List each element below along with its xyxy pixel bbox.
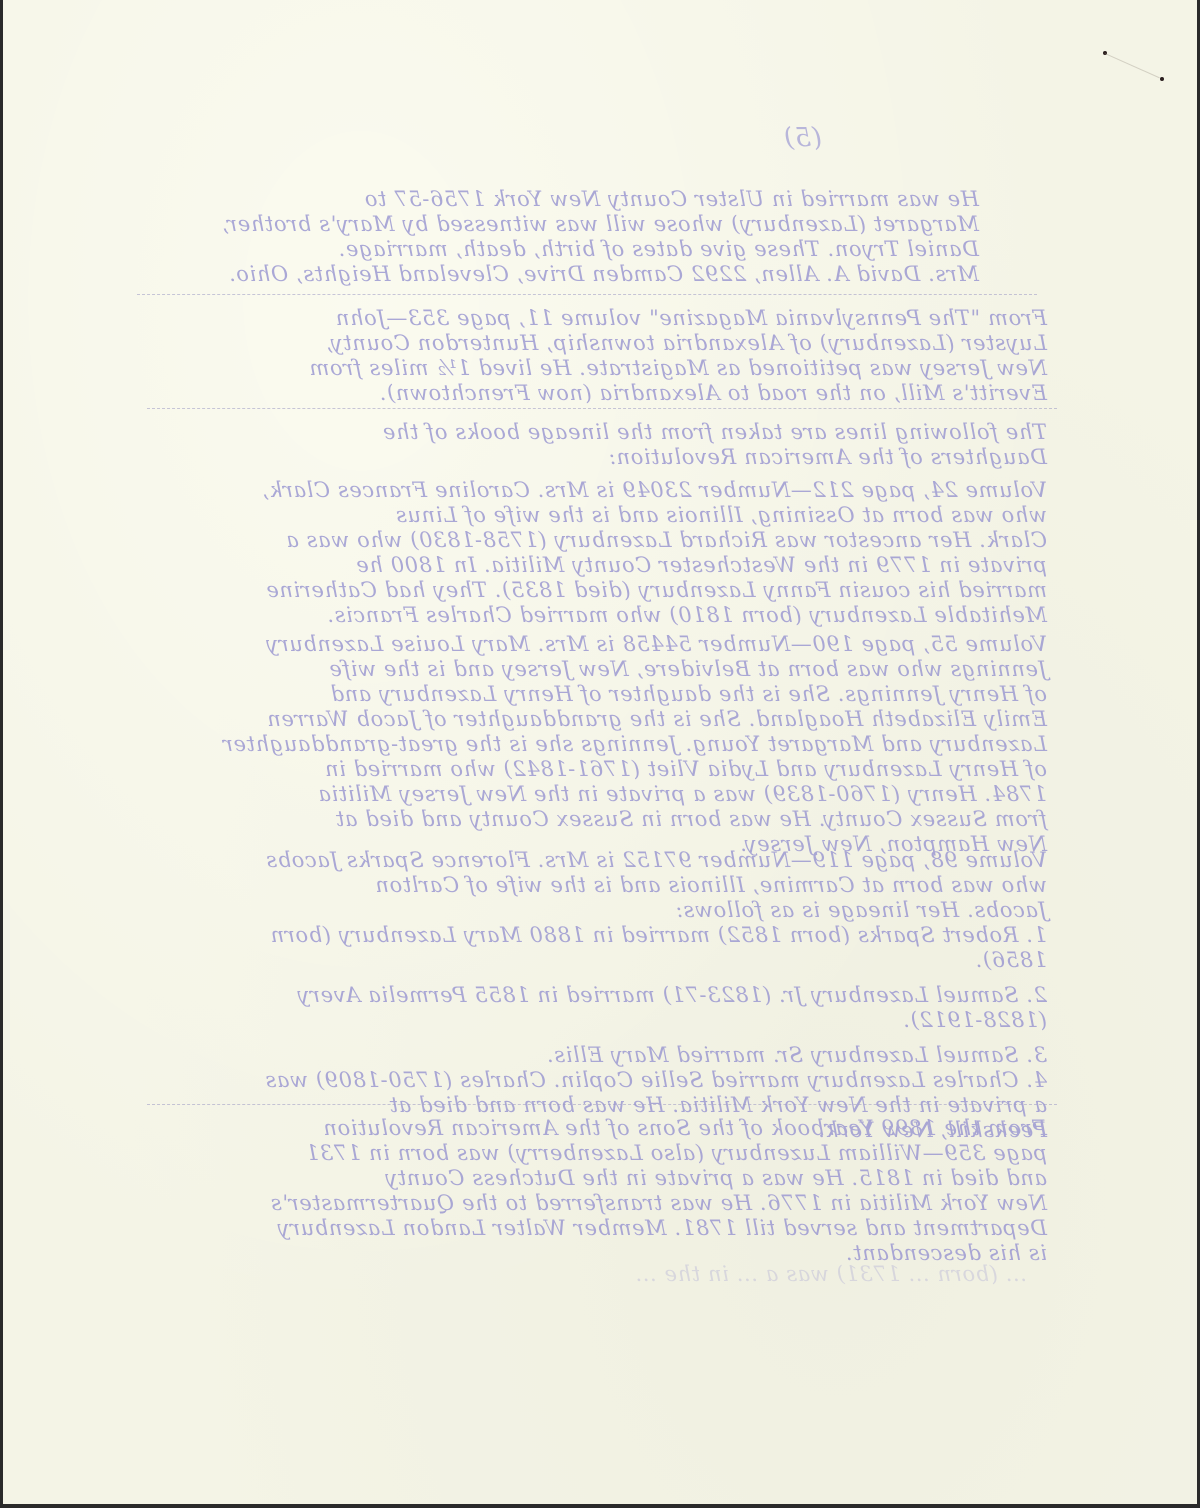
text-line: From "The Pennsylvania Magazine" volume … (107, 306, 1047, 331)
text-line: a private in the New York Militia. He wa… (107, 1093, 1047, 1118)
document-page: (5) He was married in Ulster County New … (3, 0, 1197, 1504)
text-line: The following lines are taken from the l… (107, 420, 1047, 445)
page-number: (5) (783, 126, 822, 151)
text-line: New York Militia in 1776. He was transfe… (107, 1191, 1047, 1216)
text-line: 3. Samuel Lazenbury Sr. married Mary Ell… (107, 1043, 1047, 1068)
text-line: Lazenbury and Margaret Young. Jennings s… (107, 732, 1047, 757)
text-line: from Sussex County. He was born in Susse… (107, 807, 1047, 832)
text-line: Volume 98, page 119—Number 97152 is Mrs.… (107, 848, 1047, 873)
text-line: Jacobs. Her lineage is as follows: (107, 898, 1047, 923)
text-line: 4. Charles Lazenbury married Sellie Copl… (107, 1068, 1047, 1093)
text-line: Margaret (Lazenbury) whose will was witn… (39, 212, 979, 237)
text-line: Department and served till 1781. Member … (107, 1216, 1047, 1241)
mirrored-bleed-through-text: (5) He was married in Ulster County New … (3, 0, 1197, 1504)
text-line: Luyster (Lazenbury) of Alexandria townsh… (107, 331, 1047, 356)
section-faint-trailing: ... (born ... 1731) was a ... in the ... (87, 1262, 1027, 1287)
text-line: ... (born ... 1731) was a ... in the ... (87, 1262, 1027, 1287)
text-line: (1828-1912). (107, 1008, 1047, 1033)
text-line: 1. Robert Sparks (born 1852) married in … (107, 923, 1047, 948)
text-line: He was married in Ulster County New York… (39, 187, 979, 212)
text-line: 2. Samuel Lazenbury Jr. (1823-71) marrie… (107, 983, 1047, 1008)
text-line: Emily Elizabeth Hoagland. She is the gra… (107, 707, 1047, 732)
section-intro-note: He was married in Ulster County New York… (39, 187, 979, 287)
text-line: From the 1899 Yearbook of the Sons of th… (107, 1116, 1047, 1141)
text-line: and died in 1815. He was a private in th… (107, 1166, 1047, 1191)
section-volume-24: Volume 24, page 212—Number 23049 is Mrs.… (107, 478, 1047, 628)
text-line: Everitt's Mill, on the road to Alexandri… (107, 381, 1047, 406)
text-line: 1784. Henry (1760-1839) was a private in… (107, 782, 1047, 807)
text-line: private in 1779 in the Westchester Count… (107, 553, 1047, 578)
text-line: Volume 55, page 190—Number 54458 is Mrs.… (107, 632, 1047, 657)
text-line: who was born at Carmine, Illinois and is… (107, 873, 1047, 898)
text-line: Jennings who was born at Belvidere, New … (107, 657, 1047, 682)
section-sar-yearbook: From the 1899 Yearbook of the Sons of th… (107, 1116, 1047, 1266)
text-line: Daniel Tryon. These give dates of birth,… (39, 237, 979, 262)
section-volume-98: Volume 98, page 119—Number 97152 is Mrs.… (107, 848, 1047, 1143)
section-divider (137, 294, 1037, 295)
text-line: of Henry Lazenbury and Lydia Vliet (1761… (107, 757, 1047, 782)
text-line: Volume 24, page 212—Number 23049 is Mrs.… (107, 478, 1047, 503)
text-line: Daughters of the American Revolution: (107, 445, 1047, 470)
text-line: of Henry Jennings. She is the daughter o… (107, 682, 1047, 707)
text-line: Mrs. David A. Allen, 2292 Camden Drive, … (39, 262, 979, 287)
text-line: page 359—William Luzenbury (also Lazenbe… (107, 1141, 1047, 1166)
section-divider (147, 408, 1057, 409)
text-line: Mehitable Lazenbury (born 1810) who marr… (107, 603, 1047, 628)
text-line: New Jersey was petitioned as Magistrate.… (107, 356, 1047, 381)
text-line: who was born at Ossining, Illinois and i… (107, 503, 1047, 528)
text-line: 1856). (107, 948, 1047, 973)
section-dar-intro: The following lines are taken from the l… (107, 420, 1047, 470)
section-pennsylvania-magazine: From "The Pennsylvania Magazine" volume … (107, 306, 1047, 406)
text-line: married his cousin Fanny Lazenbury (died… (107, 578, 1047, 603)
text-line: Clark. Her ancestor was Richard Lazenbur… (107, 528, 1047, 553)
section-volume-55: Volume 55, page 190—Number 54458 is Mrs.… (107, 632, 1047, 857)
section-divider (147, 1104, 1057, 1105)
